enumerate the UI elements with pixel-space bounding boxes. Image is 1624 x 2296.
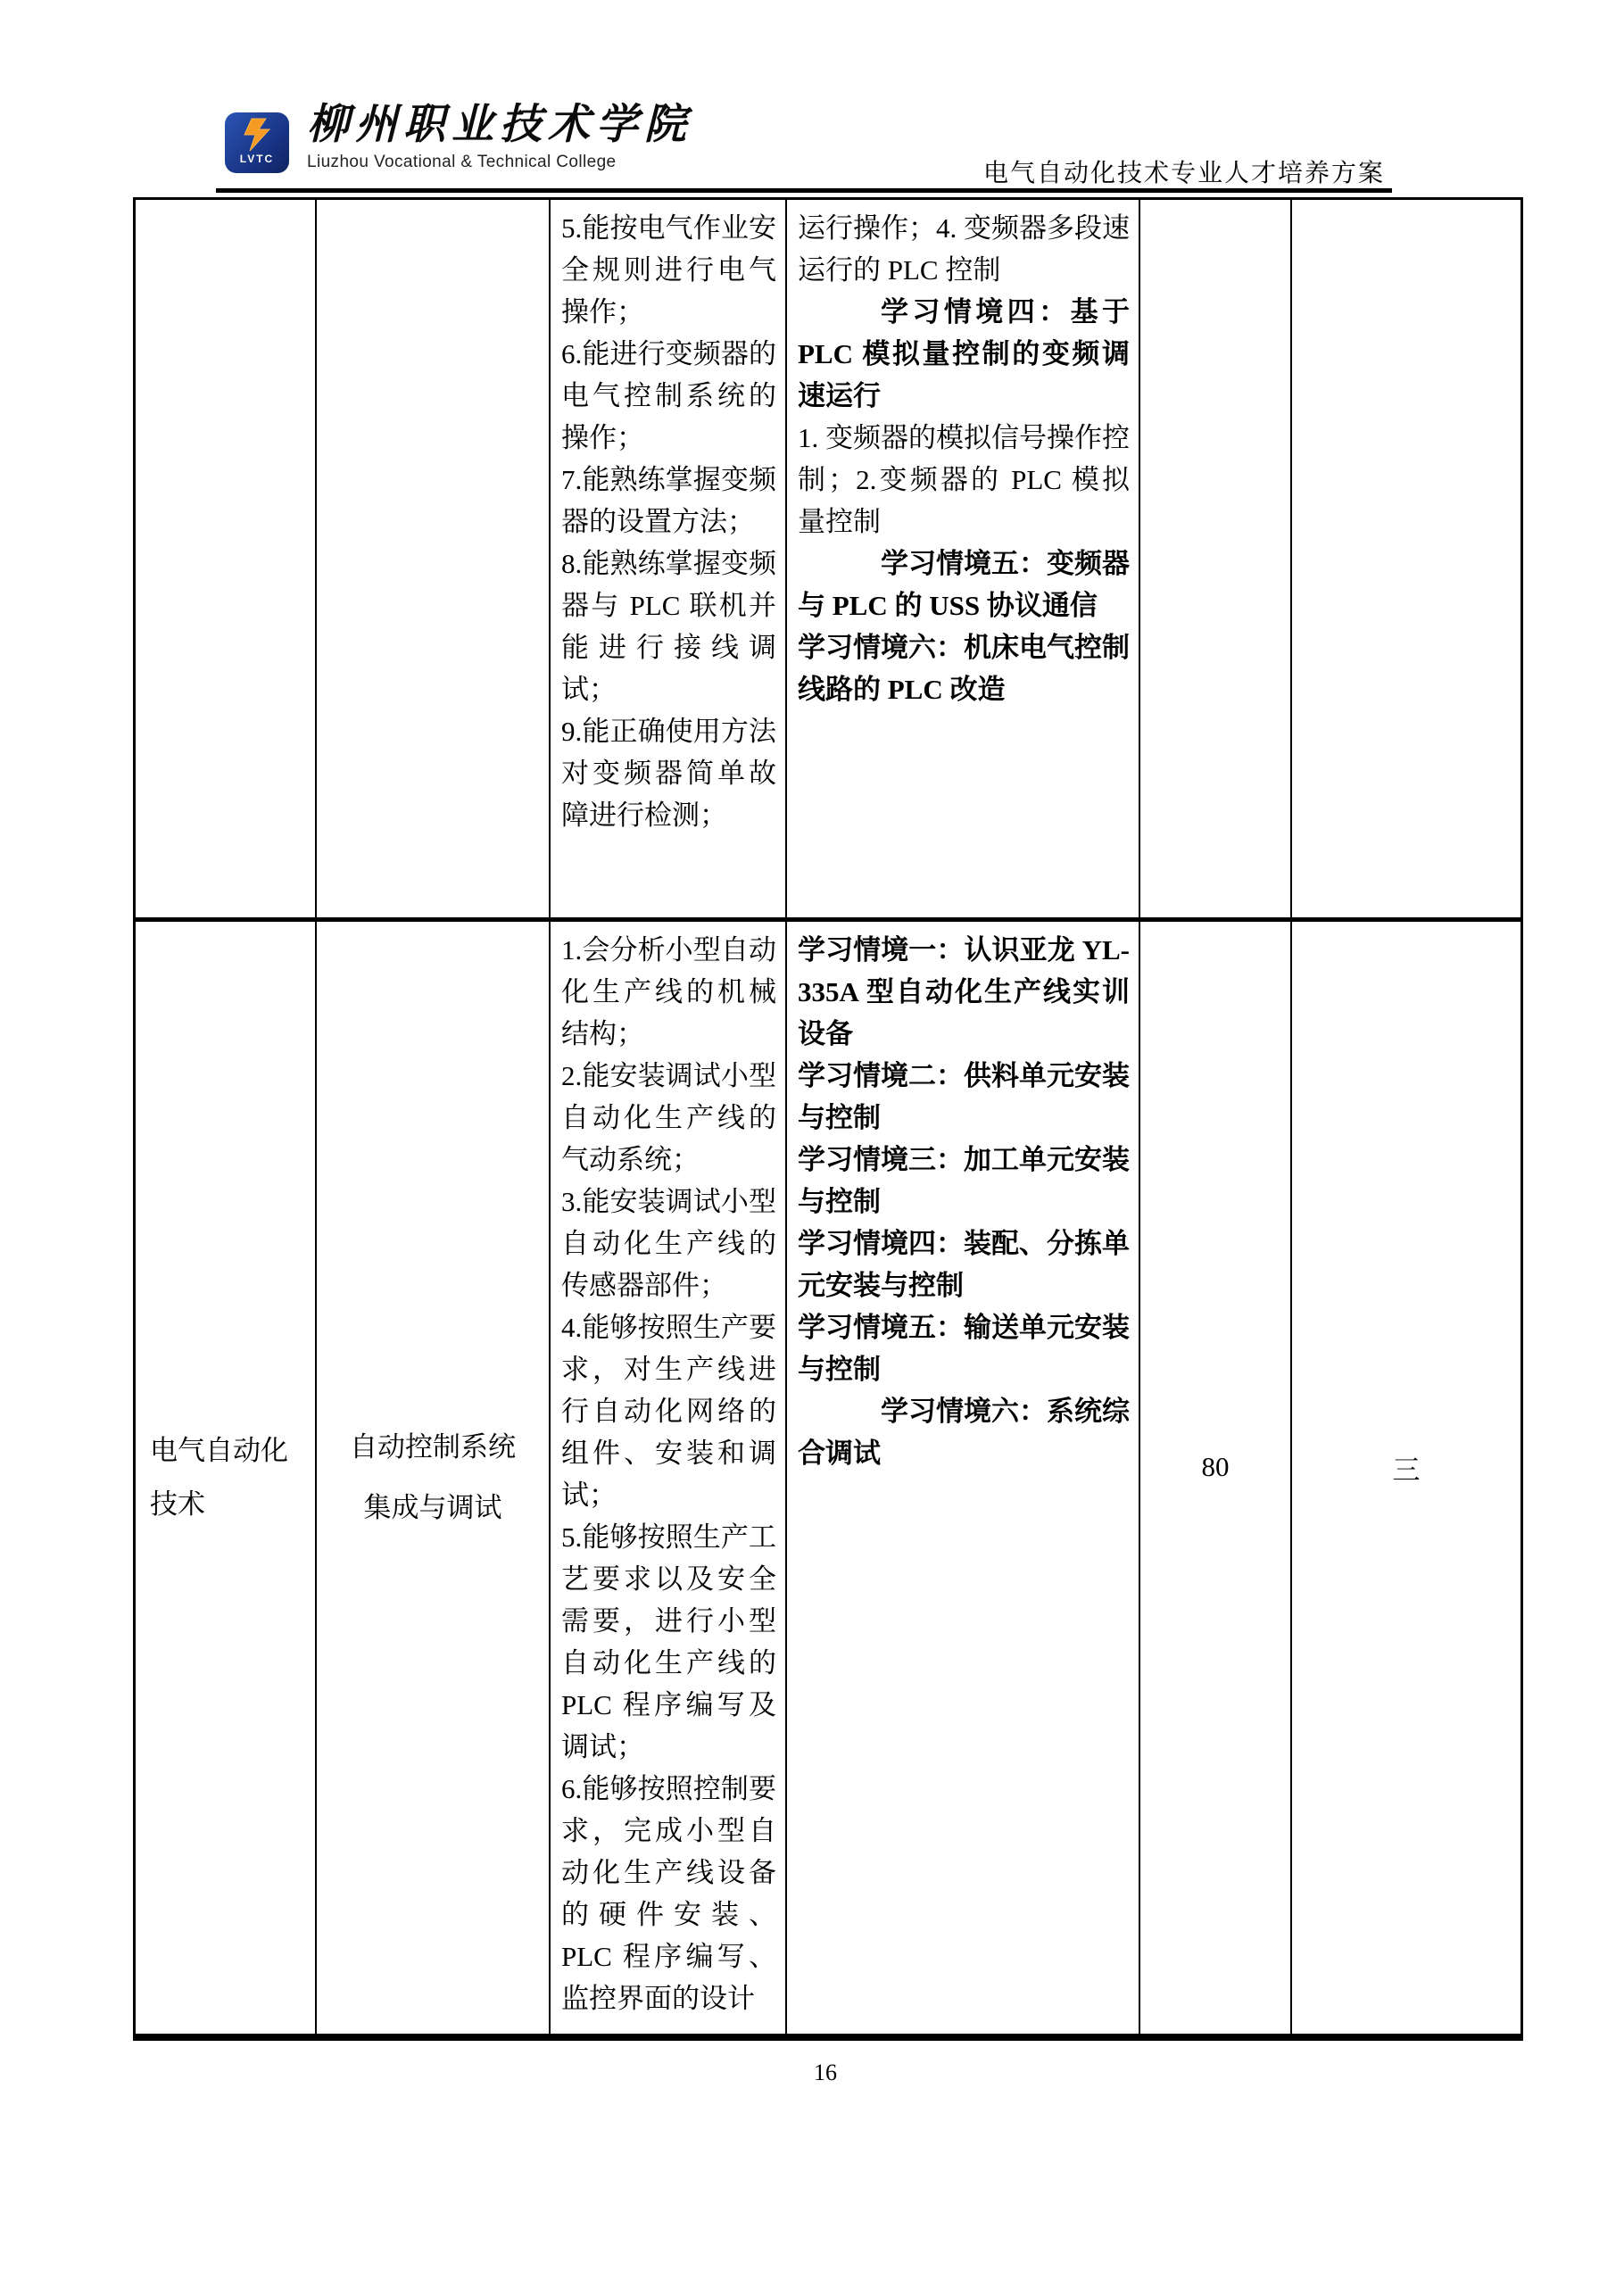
skill-item: 1.会分析小型自动化生产线的机械结构； [561,929,776,1055]
skills-cell-row1: 5.能按电气作业安全规则进行电气操作；6.能进行变频器的电气控制系统的操作；7.… [551,200,787,922]
situation-item: 学习情境一：认识亚龙 YL-335A 型自动化生产线实训设备 [798,929,1130,1055]
school-name-zh: 柳州职业技术学院 [307,100,692,150]
situation-item: 学习情境三：加工单元安装与控制 [798,1139,1130,1223]
situation-item: 学习情境二：供料单元安装与控制 [798,1055,1130,1139]
school-names: 柳州职业技术学院 Liuzhou Vocational & Technical … [307,100,692,172]
skill-item: 8.能熟练掌握变频器与 PLC 联机并能进行接线调试； [561,543,776,710]
situation-item: 学习情境六：机床电气控制线路的 PLC 改造 [798,626,1130,710]
skill-item: 6.能进行变频器的电气控制系统的操作； [561,333,776,459]
course-name-line: 自动控制系统 [350,1417,516,1478]
hours-cell-row1 [1140,200,1292,922]
page-number: 16 [133,2060,1518,2086]
skill-item: 2.能安装调试小型自动化生产线的气动系统； [561,1055,776,1181]
course-name-line: 集成与调试 [364,1478,502,1538]
situations-cell-row2: 学习情境一：认识亚龙 YL-335A 型自动化生产线实训设备学习情境二：供料单元… [787,922,1140,2034]
doc-title: 电气自动化技术专业人才培养方案 [983,153,1385,189]
situation-item: 学习情境四：基于 PLC 模拟量控制的变频调速运行 [798,291,1130,417]
curriculum-table: 5.能按电气作业安全规则进行电气操作；6.能进行变频器的电气控制系统的操作；7.… [133,197,1523,2041]
situation-item: 1. 变频器的模拟信号操作控制；2.变频器的 PLC 模拟量控制 [798,417,1130,543]
logo-abbr: LVTC [240,153,274,165]
course-cell-row1 [317,200,551,922]
skill-item: 5.能按电气作业安全规则进行电气操作； [561,207,776,333]
situations-cell-row1: 运行操作；4. 变频器多段速运行的 PLC 控制学习情境四：基于 PLC 模拟量… [787,200,1140,922]
course-cell-row2: 自动控制系统集成与调试 [317,922,551,2034]
skill-item: 6.能够按照控制要求，完成小型自动化生产线设备的硬件安装、PLC 程序编写、监控… [561,1768,776,2019]
school-logo: LVTC [225,112,289,173]
school-name-en: Liuzhou Vocational & Technical College [307,153,692,172]
page: LVTC 柳州职业技术学院 Liuzhou Vocational & Techn… [0,0,1624,2296]
situation-item: 学习情境五：变频器与 PLC 的 USS 协议通信 [798,543,1130,626]
situation-item: 学习情境五：输送单元安装与控制 [798,1306,1130,1390]
skill-item: 5.能够按照生产工艺要求以及安全需要，进行小型自动化生产线的 PLC 程序编写及… [561,1516,776,1768]
hours-cell-row2: 80 [1140,922,1292,2034]
term-value-row2: 三 [1393,1447,1421,1488]
hours-value-row2: 80 [1202,1451,1230,1483]
situation-item: 学习情境四：装配、分拣单元安装与控制 [798,1223,1130,1306]
skill-item: 7.能熟练掌握变频器的设置方法； [561,459,776,543]
header-rule [216,188,1392,193]
skill-item: 4.能够按照生产要求，对生产线进行自动化网络的组件、安装和调试； [561,1306,776,1516]
skill-item: 9.能正确使用方法对变频器简单故障进行检测； [561,710,776,836]
major-cell-row2: 电气自动化技术 [136,922,317,2034]
term-cell-row2: 三 [1292,922,1520,2034]
situation-item: 学习情境六：系统综合调试 [798,1390,1130,1474]
skills-cell-row2: 1.会分析小型自动化生产线的机械结构；2.能安装调试小型自动化生产线的气动系统；… [551,922,787,2034]
logo-lightning-icon [239,117,275,153]
skill-item: 3.能安装调试小型自动化生产线的传感器部件； [561,1181,776,1306]
term-cell-row1 [1292,200,1520,922]
major-cell-row1 [136,200,317,922]
situation-item: 运行操作；4. 变频器多段速运行的 PLC 控制 [798,207,1130,291]
